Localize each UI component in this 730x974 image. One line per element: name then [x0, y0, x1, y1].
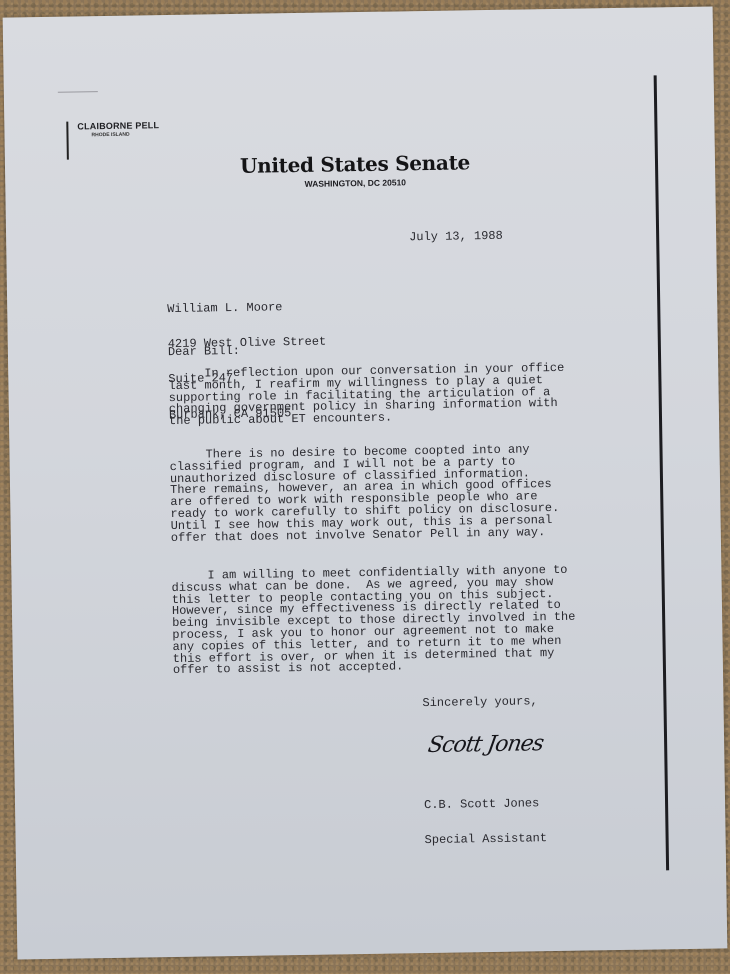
sender-state: RHODE ISLAND [91, 131, 159, 138]
salutation: Dear Bill: [168, 346, 240, 359]
paragraph-3: I am willing to meet confidentially with… [171, 565, 576, 677]
signer-title: Special Assistant [425, 833, 548, 847]
paragraph-1: In reflection upon our conversation in y… [168, 363, 565, 428]
sender-name: CLAIBORNE PELL [77, 120, 159, 131]
letterhead-address: WASHINGTON, DC 20510 [205, 176, 505, 191]
letterhead-title: United States Senate [205, 150, 505, 179]
letterhead: United States Senate WASHINGTON, DC 2051… [205, 150, 506, 191]
signature: Scott Jones [426, 731, 545, 758]
letter-date: July 13, 1988 [409, 231, 503, 244]
paper-mark [58, 91, 98, 93]
letter-page: CLAIBORNE PELL RHODE ISLAND United State… [3, 6, 728, 959]
signer-name: C.B. Scott Jones [424, 798, 547, 812]
recipient-line: William L. Moore [167, 301, 326, 315]
signer-block: C.B. Scott Jones Special Assistant [424, 774, 548, 870]
closing: Sincerely yours, [422, 696, 537, 710]
sender-block: CLAIBORNE PELL RHODE ISLAND [66, 120, 159, 159]
text-line: the public about ET encounters. [169, 410, 565, 428]
margin-rule [654, 75, 669, 870]
paragraph-2: There is no desire to become coopted int… [169, 444, 559, 544]
text-line: offer to assist is not accepted. [173, 659, 576, 677]
text-line: offer that does not involve Senator Pell… [171, 527, 560, 545]
